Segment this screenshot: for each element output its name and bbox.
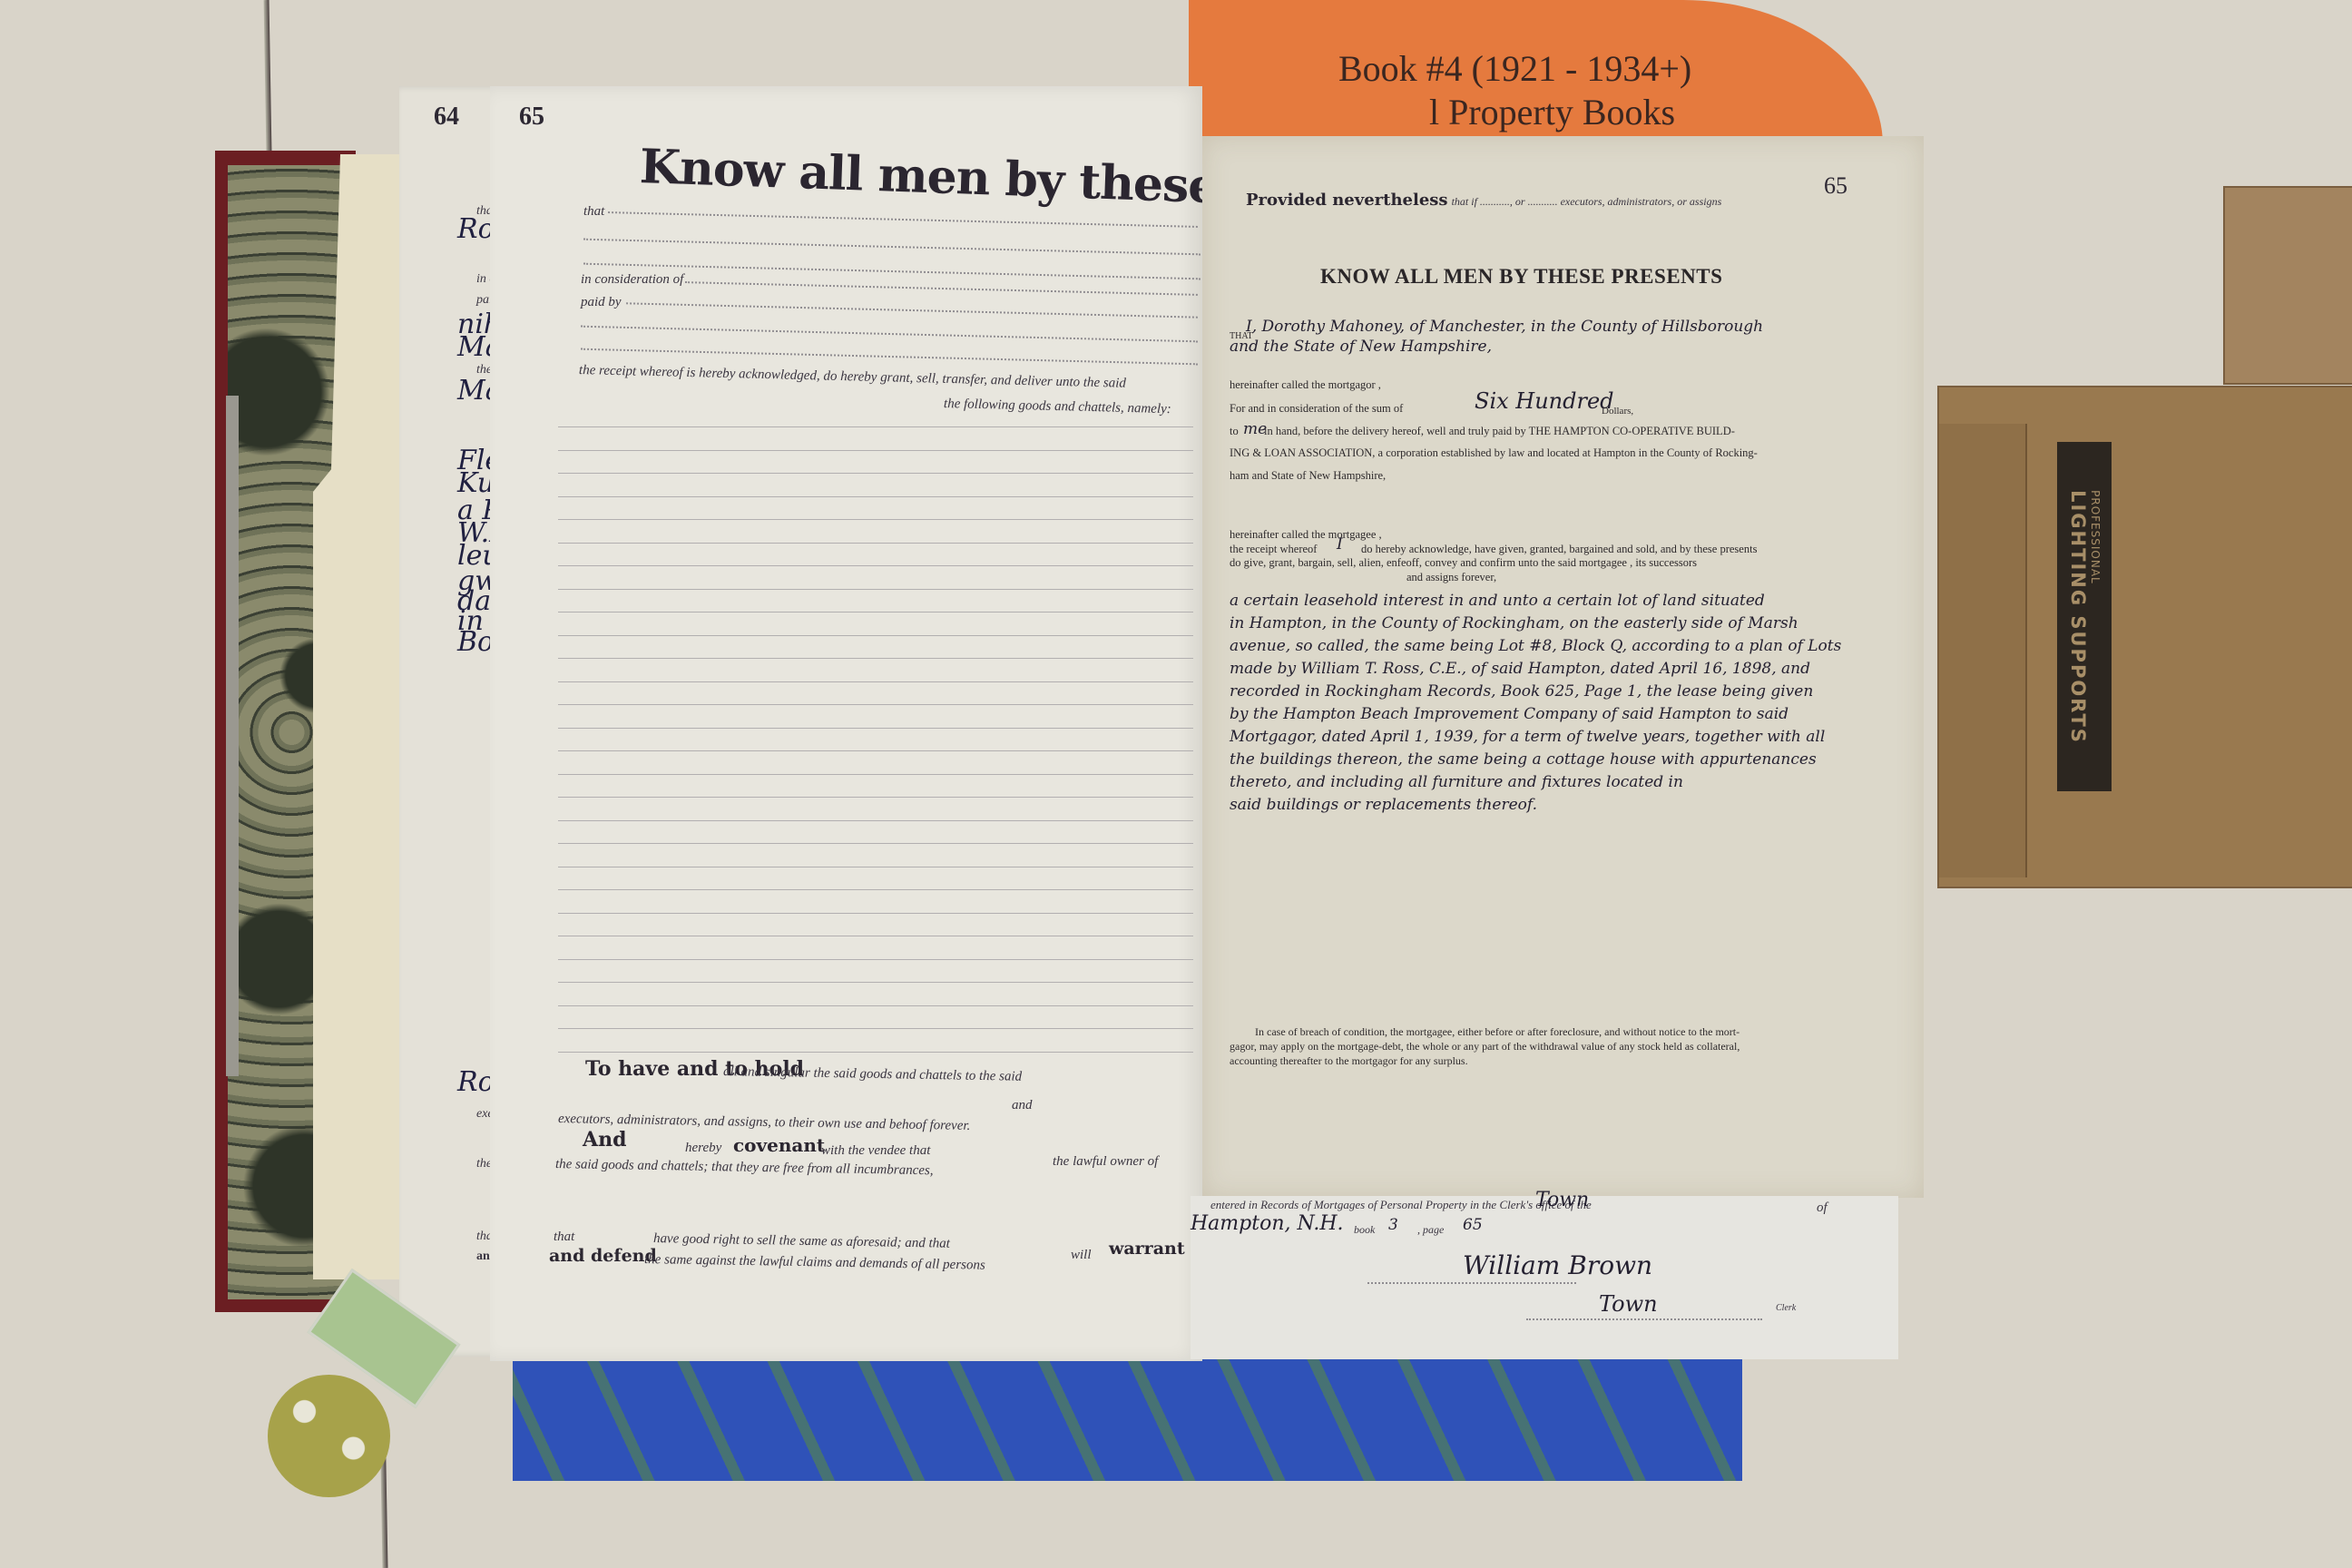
hereby-text: hereby: [685, 1141, 721, 1156]
mortgagor-handwriting: I, Dorothy Mahoney, of Manchester, in th…: [1246, 318, 1763, 336]
sum-handwriting: Six Hundred: [1475, 388, 1614, 414]
signature-line: [1526, 1318, 1762, 1320]
ruled-line: [558, 589, 1193, 590]
blank-line: [581, 348, 1198, 366]
box-label: PROFESSIONALLIGHTING SUPPORTS: [2057, 442, 2112, 791]
defend-text: the same against the lawful claims and d…: [644, 1252, 985, 1274]
property-handwriting-line: in Hampton, in the County of Rockingham,…: [1230, 614, 1798, 632]
grant-text: do give, grant, bargain, sell, alien, en…: [1230, 556, 1697, 570]
breach-text: gagor, may apply on the mortgage-debt, t…: [1230, 1040, 1739, 1053]
ruled-line: [558, 658, 1193, 659]
book-value: 3: [1388, 1216, 1398, 1234]
property-handwriting-line: a certain leasehold interest in and unto…: [1230, 592, 1765, 610]
provided-nevertheless-line: Provided nevertheless that if ..........…: [1246, 191, 1721, 210]
property-handwriting-line: Mortgagor, dated April 1, 1939, for a te…: [1230, 728, 1825, 746]
page-number: 64: [434, 103, 459, 132]
mortgagor-label: hereinafter called the mortgagor ,: [1230, 378, 1381, 392]
of-label: of: [1817, 1200, 1828, 1216]
label-paid-by: paid by: [581, 295, 622, 310]
ruled-line: [558, 889, 1193, 890]
page-label: , page: [1417, 1223, 1444, 1237]
ruled-line: [558, 797, 1193, 798]
box-flap: [1939, 424, 2027, 877]
label-that: that: [554, 1230, 574, 1245]
cardboard-box: [2223, 186, 2352, 385]
ruled-line: [558, 959, 1193, 960]
property-handwriting-line: recorded in Rockingham Records, Book 625…: [1230, 682, 1813, 701]
property-handwriting-line: thereto, and including all furniture and…: [1230, 773, 1683, 791]
mortgagor-handwriting: and the State of New Hampshire,: [1230, 338, 1492, 356]
property-handwriting-line: made by William T. Ross, C.E., of said H…: [1230, 660, 1810, 678]
ruled-line: [558, 1028, 1193, 1029]
ruled-line: [558, 867, 1193, 867]
ruled-line: [558, 1005, 1193, 1006]
property-handwriting-line: by the Hampton Beach Improvement Company…: [1230, 705, 1788, 723]
ruled-line: [558, 750, 1193, 751]
label-that: that: [583, 204, 604, 220]
ruled-line: [558, 704, 1193, 705]
consideration-label: For and in consideration of the sum of: [1230, 402, 1403, 416]
property-handwriting-line: said buildings or replacements thereof.: [1230, 796, 1537, 814]
book-label: book: [1354, 1223, 1375, 1237]
provided-heading: Provided nevertheless: [1246, 191, 1448, 210]
page-number: 65: [1824, 172, 1847, 200]
receipt-clause: the receipt whereof is hereby acknowledg…: [579, 363, 1126, 392]
breach-text: accounting thereafter to the mortgagor f…: [1230, 1054, 1468, 1068]
paid-text: ham and State of New Hampshire,: [1230, 469, 1386, 483]
ruled-line: [558, 635, 1193, 636]
page-value: 65: [1463, 1216, 1483, 1234]
property-handwriting-line: the buildings thereon, the same being a …: [1230, 750, 1817, 769]
ruled-line: [558, 450, 1193, 451]
ruled-line: [558, 519, 1193, 520]
ruled-line: [558, 426, 1193, 427]
to-label: to: [1230, 425, 1239, 438]
ruled-line: [558, 612, 1193, 612]
ruled-line: [558, 565, 1193, 566]
page-65-bill-of-sale: 65 Know all men by these presents that i…: [490, 86, 1202, 1361]
receipt-handwriting: I: [1337, 535, 1343, 554]
habendum-text: all and singular the said goods and chat…: [723, 1064, 1022, 1085]
divider-tab-subtitle: l Property Books: [1429, 91, 1675, 133]
box-label-small: PROFESSIONAL: [2089, 490, 2102, 744]
property-handwriting-line: avenue, so called, the same being Lot #8…: [1230, 637, 1841, 655]
decorative-disc: [268, 1375, 390, 1497]
ruled-line: [558, 982, 1193, 983]
recording-slip: entered in Records of Mortgages of Perso…: [1191, 1196, 1898, 1359]
paid-text: ING & LOAN ASSOCIATION, a corporation es…: [1230, 446, 1758, 460]
handwriting-fragment: Bo: [457, 626, 494, 658]
table-seam: [264, 0, 272, 154]
ruled-line: [558, 820, 1193, 821]
dollars-label: Dollars,: [1602, 406, 1633, 416]
page-fragment: an: [476, 1249, 490, 1264]
covenant-heading: covenant: [733, 1134, 825, 1156]
will-text: will: [1071, 1248, 1092, 1263]
entered-text: entered in Records of Mortgages of Perso…: [1210, 1198, 1592, 1212]
blank-line: [685, 281, 1198, 296]
cardboard-box-lighting: PROFESSIONALLIGHTING SUPPORTS: [1937, 386, 2352, 888]
divider-tab-title: Book #4 (1921 - 1934+): [1338, 47, 1691, 90]
ruled-line: [558, 936, 1193, 936]
mortgagee-label: hereinafter called the mortgagee ,: [1230, 528, 1382, 542]
clerk-signature: William Brown: [1463, 1250, 1652, 1280]
warrant-heading: warrant: [1109, 1239, 1185, 1259]
ruled-line: [558, 774, 1193, 775]
handwriting-fragment: Ro: [457, 1066, 495, 1098]
grant-text: do hereby acknowledge, have given, grant…: [1361, 543, 1757, 556]
box-label-main: LIGHTING SUPPORTS: [2067, 490, 2089, 744]
page-number: 65: [519, 103, 544, 132]
defend-heading: and defend: [549, 1246, 657, 1266]
incumbrances-text: the said goods and chattels; that they a…: [555, 1157, 934, 1179]
form-heading: KNOW ALL MEN BY THESE PRESENTS: [1320, 265, 1722, 289]
ruled-line: [558, 681, 1193, 682]
blank-line: [626, 302, 1198, 318]
ruled-line: [558, 473, 1193, 474]
place-handwriting: Hampton, N.H.: [1191, 1212, 1344, 1235]
ruled-line: [558, 728, 1193, 729]
ruled-line: [558, 913, 1193, 914]
receipt-label: the receipt whereof: [1230, 543, 1317, 556]
clerk-title-handwriting: Town: [1599, 1291, 1658, 1317]
blank-line: [581, 326, 1198, 343]
paid-text: in hand, before the delivery hereof, wel…: [1264, 425, 1735, 438]
good-right-text: have good right to sell the same as afor…: [653, 1231, 950, 1252]
office-handwriting: Town: [1535, 1189, 1589, 1211]
lawful-owner-text: the lawful owner of: [1053, 1154, 1158, 1170]
grant-text: and assigns forever,: [1406, 571, 1496, 584]
mortgage-form: Provided nevertheless that if ..........…: [1202, 136, 1924, 1198]
vendee-text: with the vendee that: [821, 1143, 930, 1159]
and-heading: And: [583, 1128, 626, 1151]
ruled-line: [558, 1052, 1193, 1053]
blank-line: [608, 211, 1198, 228]
blue-painters-tape: [513, 1356, 1742, 1481]
goods-clause: the following goods and chattels, namely…: [944, 397, 1171, 417]
breach-text: In case of breach of condition, the mort…: [1255, 1025, 1739, 1039]
ruled-line: [558, 843, 1193, 844]
signature-line: [1367, 1282, 1576, 1284]
ruled-line: [558, 543, 1193, 544]
clerk-label: Clerk: [1776, 1303, 1796, 1313]
ruled-line: [558, 496, 1193, 497]
provided-text: that if ..........., or ........... exec…: [1452, 195, 1722, 208]
blank-line: [583, 239, 1200, 256]
spine-tape: [226, 396, 239, 1076]
label-and: and: [1012, 1098, 1033, 1113]
label-consideration: in consideration of: [581, 272, 683, 288]
